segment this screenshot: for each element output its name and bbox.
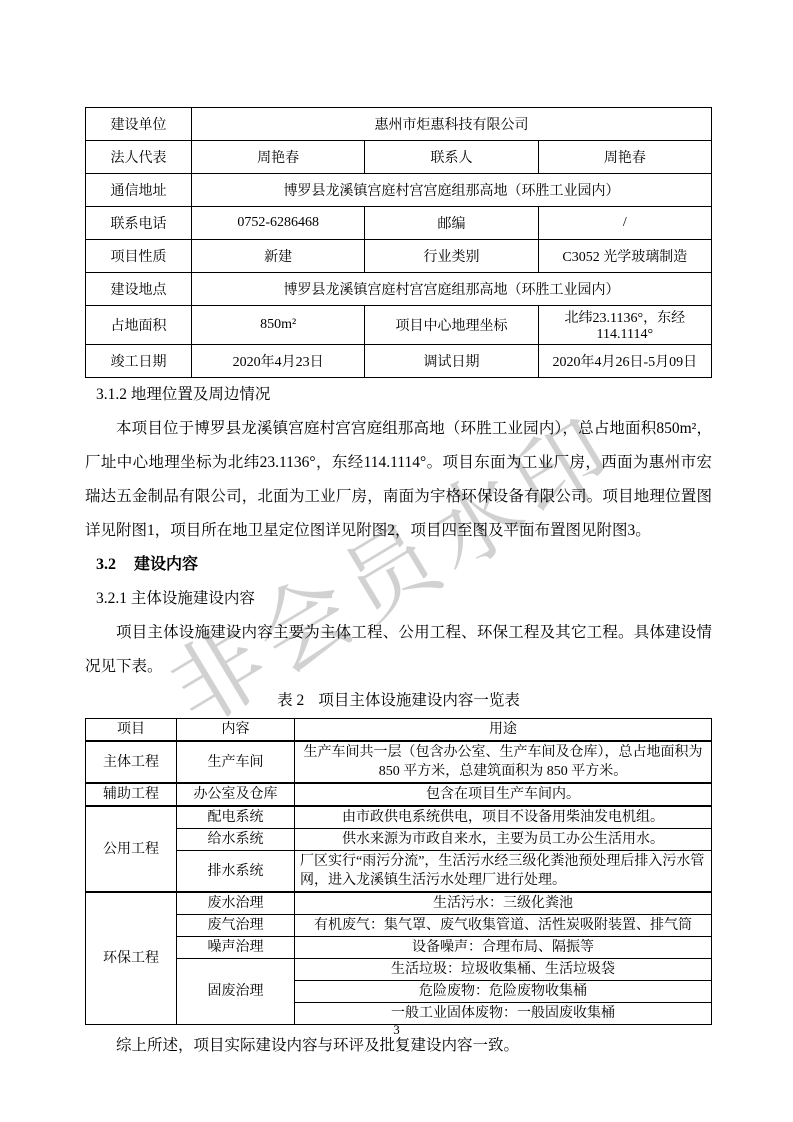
page-content: 建设单位 惠州市炬惠科技有限公司 法人代表 周艳春 联系人 周艳春 通信地址 博… — [0, 0, 793, 1063]
use-cell: 生活污水：三级化粪池 — [295, 892, 712, 915]
table2-caption: 表 2项目主体设施建设内容一览表 — [85, 684, 712, 718]
use-cell: 由市政供电系统供电，项目不设备用柴油发电机组。 — [295, 806, 712, 829]
info-value-cell: 惠州市炬惠科技有限公司 — [192, 108, 712, 141]
table-row: 主体工程 生产车间 生产车间共一层（包含办公室、生产车间及仓库），总占地面积为 … — [86, 741, 712, 783]
use-cell: 设备噪声：合理布局、隔振等 — [295, 937, 712, 959]
info-value-cell: 2020年4月23日 — [192, 345, 365, 378]
use-cell: 包含在项目生产车间内。 — [295, 783, 712, 806]
info-value-cell: 0752-6286468 — [192, 207, 365, 240]
section-heading-3-2: 3.2建设内容 — [85, 548, 712, 582]
info-label-cell: 调试日期 — [365, 345, 538, 378]
info-label-cell: 项目性质 — [86, 240, 192, 273]
table-row: 建设单位 惠州市炬惠科技有限公司 — [86, 108, 712, 141]
item-cell: 办公室及仓库 — [177, 783, 295, 806]
document-page: 非会员水印 建设单位 惠州市炬惠科技有限公司 法人代表 周艳春 联系人 周艳春 … — [0, 0, 793, 1122]
info-label-cell: 通信地址 — [86, 174, 192, 207]
table-row: 占地面积 850m² 项目中心地理坐标 北纬23.1136°，东经114.111… — [86, 306, 712, 345]
info-value-cell: 新建 — [192, 240, 365, 273]
paragraph-construction: 项目主体设施建设内容主要为主体工程、公用工程、环保工程及其它工程。具体建设情况见… — [85, 616, 712, 684]
info-value-cell: 北纬23.1136°，东经114.1114° — [538, 306, 711, 345]
header-cell-project: 项目 — [86, 719, 177, 742]
table-row: 建设地点 博罗县龙溪镇宫庭村宫宫庭组那高地（环胜工业园内） — [86, 273, 712, 306]
table-row: 项目性质 新建 行业类别 C3052 光学玻璃制造 — [86, 240, 712, 273]
header-cell-content: 内容 — [177, 719, 295, 742]
info-label-cell: 建设地点 — [86, 273, 192, 306]
info-value-cell: C3052 光学玻璃制造 — [538, 240, 711, 273]
item-cell: 给水系统 — [177, 829, 295, 851]
use-cell: 危险废物：危险废物收集桶 — [295, 981, 712, 1003]
info-value-cell: / — [538, 207, 711, 240]
table-row: 环保工程 废水治理 生活污水：三级化粪池 — [86, 892, 712, 915]
table-header-row: 项目 内容 用途 — [86, 719, 712, 742]
table-row: 给水系统 供水来源为市政自来水，主要为员工办公生活用水。 — [86, 829, 712, 851]
section-number: 3.2 — [96, 556, 116, 573]
main-facilities-table: 项目 内容 用途 主体工程 生产车间 生产车间共一层（包含办公室、生产车间及仓库… — [85, 718, 712, 1025]
table-row: 法人代表 周艳春 联系人 周艳春 — [86, 141, 712, 174]
info-value-cell: 周艳春 — [538, 141, 711, 174]
info-value-cell: 博罗县龙溪镇宫庭村宫宫庭组那高地（环胜工业园内） — [192, 273, 712, 306]
table-row: 排水系统 厂区实行“雨污分流”，生活污水经三级化粪池预处理后排入污水管网，进入龙… — [86, 851, 712, 893]
category-cell: 主体工程 — [86, 741, 177, 783]
info-value-cell: 850m² — [192, 306, 365, 345]
use-cell: 生活垃圾：垃圾收集桶、生活垃圾袋 — [295, 959, 712, 981]
info-value-cell: 周艳春 — [192, 141, 365, 174]
page-number: 3 — [0, 1022, 793, 1038]
item-cell: 固废治理 — [177, 959, 295, 1025]
header-cell-use: 用途 — [295, 719, 712, 742]
info-label-cell: 行业类别 — [365, 240, 538, 273]
info-label-cell: 联系人 — [365, 141, 538, 174]
info-label-cell: 联系电话 — [86, 207, 192, 240]
info-label-cell: 项目中心地理坐标 — [365, 306, 538, 345]
table-row: 通信地址 博罗县龙溪镇宫庭村宫宫庭组那高地（环胜工业园内） — [86, 174, 712, 207]
info-label-cell: 法人代表 — [86, 141, 192, 174]
section-heading-3-2-1: 3.2.1 主体设施建设内容 — [85, 582, 712, 616]
use-cell: 生产车间共一层（包含办公室、生产车间及仓库），总占地面积为 850 平方米，总建… — [295, 741, 712, 783]
table-row: 固废治理 生活垃圾：垃圾收集桶、生活垃圾袋 — [86, 959, 712, 981]
item-cell: 废气治理 — [177, 915, 295, 937]
section-title: 建设内容 — [134, 556, 198, 573]
section-3-1-2: 3.1.2 地理位置及周边情况 本项目位于博罗县龙溪镇宫庭村宫宫庭组那高地（环胜… — [85, 378, 712, 718]
use-cell: 厂区实行“雨污分流”，生活污水经三级化粪池预处理后排入污水管网，进入龙溪镇生活污… — [295, 851, 712, 893]
table-row: 噪声治理 设备噪声：合理布局、隔振等 — [86, 937, 712, 959]
info-label-cell: 建设单位 — [86, 108, 192, 141]
category-cell: 环保工程 — [86, 892, 177, 1025]
project-info-table: 建设单位 惠州市炬惠科技有限公司 法人代表 周艳春 联系人 周艳春 通信地址 博… — [85, 107, 712, 378]
section-heading-3-1-2: 3.1.2 地理位置及周边情况 — [85, 378, 712, 412]
category-cell: 公用工程 — [86, 806, 177, 892]
item-cell: 配电系统 — [177, 806, 295, 829]
table-row: 联系电话 0752-6286468 邮编 / — [86, 207, 712, 240]
table-row: 辅助工程 办公室及仓库 包含在项目生产车间内。 — [86, 783, 712, 806]
use-cell: 供水来源为市政自来水，主要为员工办公生活用水。 — [295, 829, 712, 851]
item-cell: 废水治理 — [177, 892, 295, 915]
info-value-cell: 2020年4月26日-5月09日 — [538, 345, 711, 378]
info-value-cell: 博罗县龙溪镇宫庭村宫宫庭组那高地（环胜工业园内） — [192, 174, 712, 207]
use-cell: 有机废气：集气罩、废气收集管道、活性炭吸附装置、排气筒 — [295, 915, 712, 937]
table-row: 公用工程 配电系统 由市政供电系统供电，项目不设备用柴油发电机组。 — [86, 806, 712, 829]
info-label-cell: 占地面积 — [86, 306, 192, 345]
item-cell: 排水系统 — [177, 851, 295, 893]
category-cell: 辅助工程 — [86, 783, 177, 806]
paragraph-location: 本项目位于博罗县龙溪镇宫庭村宫宫庭组那高地（环胜工业园内），总占地面积850m²… — [85, 412, 712, 548]
item-cell: 生产车间 — [177, 741, 295, 783]
item-cell: 噪声治理 — [177, 937, 295, 959]
info-label-cell: 邮编 — [365, 207, 538, 240]
table2-caption-label: 表 2 — [277, 692, 304, 709]
table-row: 竣工日期 2020年4月23日 调试日期 2020年4月26日-5月09日 — [86, 345, 712, 378]
table2-caption-title: 项目主体设施建设内容一览表 — [318, 692, 520, 709]
table-row: 废气治理 有机废气：集气罩、废气收集管道、活性炭吸附装置、排气筒 — [86, 915, 712, 937]
info-label-cell: 竣工日期 — [86, 345, 192, 378]
